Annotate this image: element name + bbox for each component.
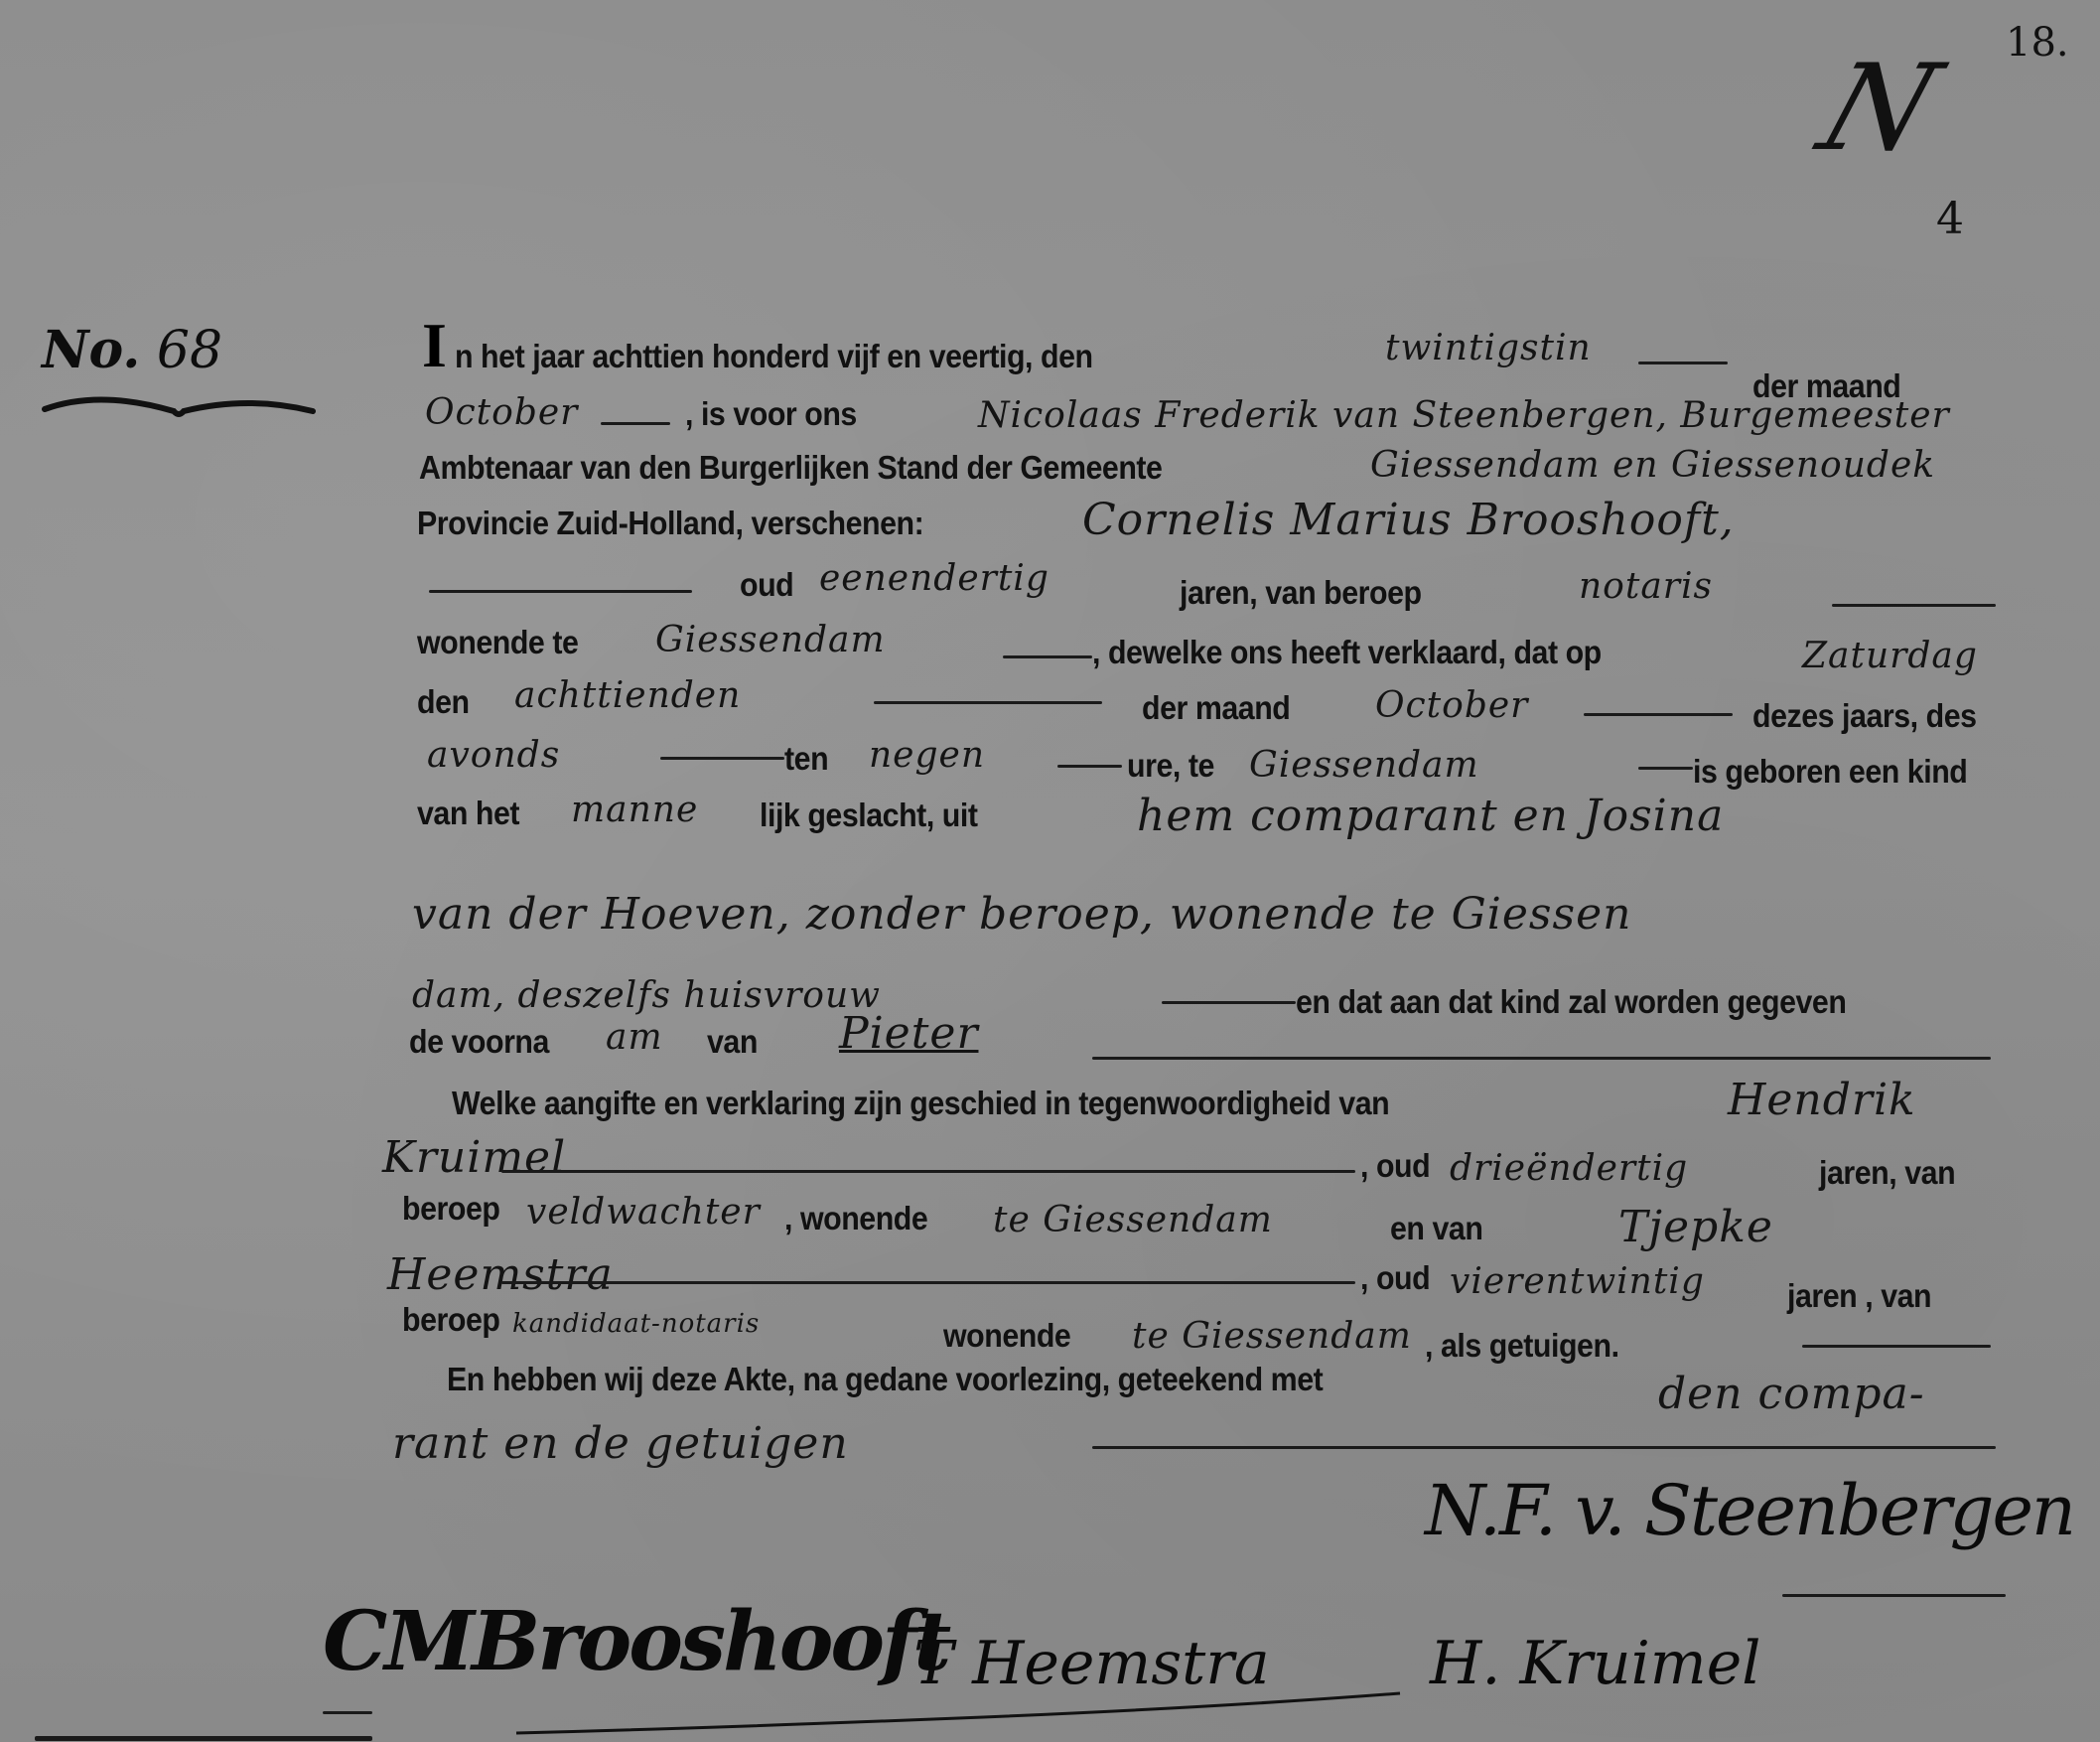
record-number-label: No. xyxy=(42,320,140,380)
line5-profession: notaris xyxy=(1579,566,1713,607)
line1-printed: n het jaar achttien honderd vijf en veer… xyxy=(455,338,1093,375)
line8-hour: negen xyxy=(869,735,985,776)
line2-month: October xyxy=(425,392,578,433)
line5-printed-b: jaren, van beroep xyxy=(1180,574,1422,612)
line7-birth-month: October xyxy=(1375,685,1528,726)
line17-printed-b: wonende xyxy=(943,1317,1070,1355)
line17-witness2-residence: te Giessendam xyxy=(1132,1316,1412,1357)
line9-parents: hem comparant en Josina xyxy=(1137,791,1724,841)
line15-witness1-profession: veldwachter xyxy=(526,1192,761,1233)
line7-printed-c: dezes jaars, des xyxy=(1752,697,1977,735)
line8-time-of-day: avonds xyxy=(427,735,560,776)
line3-municipality: Giessendam en Giessenoudek xyxy=(1370,445,1935,486)
line15-witness1-residence: te Giessendam xyxy=(993,1200,1273,1240)
line19-signed-with-b: rant en de getuigen xyxy=(392,1418,849,1469)
line17-printed: beroep xyxy=(402,1301,499,1339)
line6-printed-b: , dewelke ons heeft verklaard, dat op xyxy=(1092,634,1602,671)
signature-witness2-underline-icon xyxy=(511,1688,1405,1738)
line17-rule xyxy=(1802,1345,1991,1348)
line9-sex: manne xyxy=(571,790,698,830)
line8-rule xyxy=(660,757,784,760)
signature-witness1: H. Kruimel xyxy=(1430,1629,1760,1698)
record-number: No. 68 xyxy=(42,320,222,380)
line9-printed-b: lijk geslacht, uit xyxy=(760,797,977,834)
line7-birth-day: achttienden xyxy=(514,675,741,716)
line8-rule-c xyxy=(1638,767,1693,770)
line16-witness2-age: vierentwintig xyxy=(1450,1261,1705,1302)
line16-printed: , oud xyxy=(1360,1259,1430,1297)
line14-witness1-last: Kruimel xyxy=(382,1132,566,1183)
line9-printed: van het xyxy=(417,795,519,832)
line14-printed: , oud xyxy=(1360,1147,1430,1185)
drop-cap: I xyxy=(422,314,447,377)
line16-witness2-last: Heemstra xyxy=(387,1249,614,1300)
line7-printed: den xyxy=(417,683,470,721)
line14-witness1-age: drieëndertig xyxy=(1450,1148,1688,1189)
line11-rule xyxy=(1162,1001,1296,1004)
line16-rule xyxy=(501,1281,1355,1284)
line8-printed-c: is geboren een kind xyxy=(1693,753,1967,791)
signature-official: N.F. v. Steenbergen xyxy=(1425,1470,2074,1551)
line15-printed: beroep xyxy=(402,1190,499,1228)
line18-printed: En hebben wij deze Akte, na gedane voorl… xyxy=(447,1361,1323,1398)
line5-printed: oud xyxy=(740,566,793,604)
line2-official: Nicolaas Frederik van Steenbergen, Burge… xyxy=(978,395,1950,436)
line17-printed-c: , als getuigen. xyxy=(1425,1327,1619,1365)
line17-witness2-profession: kandidaat-notaris xyxy=(512,1309,760,1339)
signature-declarant: CMBrooshooft xyxy=(323,1594,948,1689)
line6-weekday: Zaturdag xyxy=(1802,636,1978,676)
line8-birth-place: Giessendam xyxy=(1249,745,1479,786)
line5-rule xyxy=(429,590,692,593)
corner-annotation-subscript: 4 xyxy=(1936,194,1964,244)
signature-official-underline xyxy=(1782,1594,2006,1597)
line8-printed: ten xyxy=(784,740,828,778)
line1-day: twintigstin xyxy=(1385,328,1592,368)
line5-rule-b xyxy=(1832,604,1996,607)
line19-rule xyxy=(1092,1446,1996,1449)
line8-rule-b xyxy=(1057,765,1122,768)
line15-witness2-first: Tjepke xyxy=(1618,1202,1773,1252)
line15-printed-c: en van xyxy=(1390,1210,1482,1247)
line12-am: am xyxy=(606,1017,663,1058)
line18-signed-with: den compa- xyxy=(1658,1369,1925,1419)
line6-rule xyxy=(1003,655,1092,658)
record-number-value: 68 xyxy=(157,321,222,380)
corner-annotation-number: 18. xyxy=(2006,20,2069,66)
line4-declarant: Cornelis Marius Brooshooft, xyxy=(1082,495,1735,545)
line12-printed-b: van xyxy=(707,1023,758,1061)
line2-printed: , is voor ons xyxy=(685,395,857,433)
line14-printed-b: jaren, van xyxy=(1819,1154,1955,1192)
line7-rule xyxy=(874,701,1102,704)
line7-printed-b: der maand xyxy=(1142,689,1290,727)
line2-rule xyxy=(601,422,670,425)
line5-age: eenendertig xyxy=(819,558,1050,599)
corner-annotation-mark: N xyxy=(1804,40,1953,178)
line3-printed: Ambtenaar van den Burgerlijken Stand der… xyxy=(419,449,1162,487)
line11-mother-b: dam, deszelfs huisvrouw xyxy=(412,975,881,1016)
line6-residence: Giessendam xyxy=(655,620,886,660)
line8-printed-b: ure, te xyxy=(1127,747,1214,785)
line1-rule xyxy=(1638,362,1728,364)
document-page: N 18. 4 No. 68 I n het jaar achttien hon… xyxy=(0,0,2100,1742)
signature-declarant-mark xyxy=(323,1711,372,1714)
line12-given-name: Pieter xyxy=(839,1008,978,1059)
line16-printed-b: jaren , van xyxy=(1787,1277,1931,1315)
line14-rule xyxy=(501,1170,1355,1173)
line15-printed-b: , wonende xyxy=(784,1200,927,1237)
line12-printed: de voorna xyxy=(409,1023,549,1061)
line10-mother: van der Hoeven, zonder beroep, wonende t… xyxy=(412,889,1631,940)
line4-printed: Provincie Zuid-Holland, verschenen: xyxy=(417,505,923,542)
line12-rule xyxy=(1092,1057,1991,1060)
line11-printed: en dat aan dat kind zal worden gegeven xyxy=(1296,983,1846,1021)
line13-witness1-first: Hendrik xyxy=(1728,1075,1916,1125)
line13-printed: Welke aangifte en verklaring zijn geschi… xyxy=(452,1085,1389,1122)
bottom-edge-line xyxy=(35,1736,372,1741)
line6-printed: wonende te xyxy=(417,624,578,661)
record-number-flourish-icon xyxy=(40,389,318,425)
line7-rule-b xyxy=(1584,713,1733,716)
